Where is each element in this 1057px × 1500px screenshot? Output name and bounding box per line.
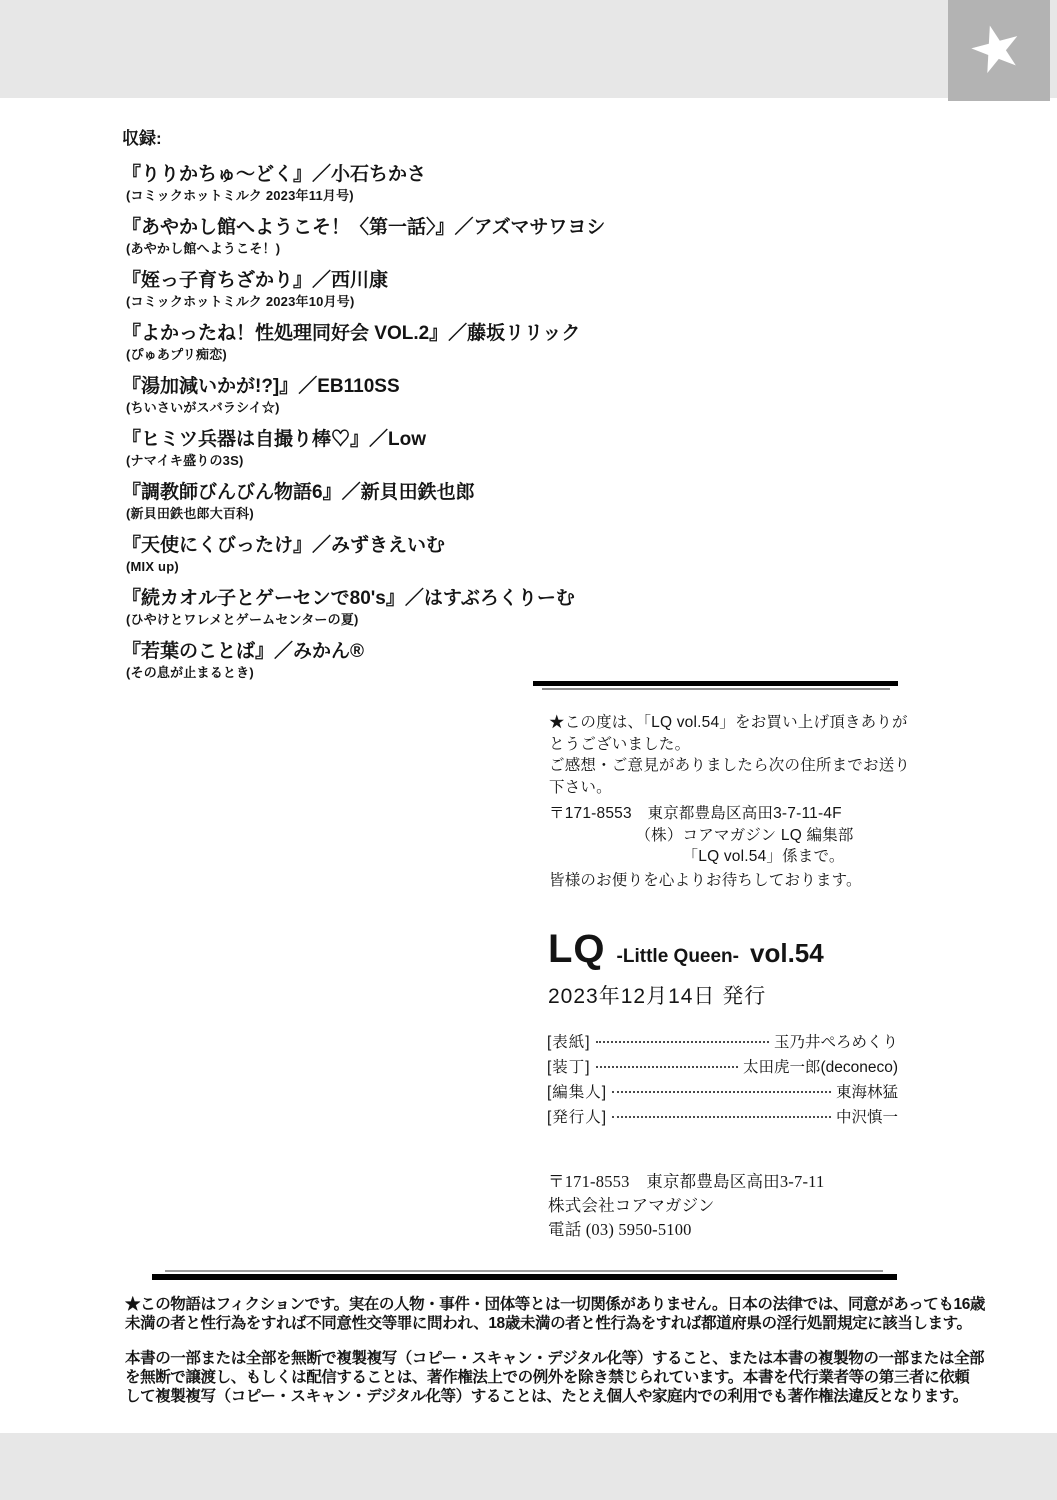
title-volume: vol.54 xyxy=(750,938,824,969)
credit-label: [編集人] xyxy=(547,1080,607,1105)
colophon-page: ★ 収録: 『りりかちゅ～どく』／小石ちかさ (コミックホットミルク 2023年… xyxy=(0,0,1057,1500)
toc-entry: 『あやかし館へようこそ！〈第一話〉』／アズマサワヨシ (あやかし館へようこそ！) xyxy=(122,215,605,258)
credit-row: [表紙] 玉乃井ぺろめくり xyxy=(547,1030,898,1055)
top-margin-band: ★ xyxy=(0,0,1057,98)
entry-title: 『調教師びんびん物語6』／新貝田鉄也郎 xyxy=(122,480,605,505)
entry-title: 『よかったね！性処理同好会 VOL.2』／藤坂リリック xyxy=(122,321,605,346)
toc-entry: 『姪っ子育ちざかり』／西川康 (コミックホットミルク 2023年10月号) xyxy=(122,268,605,311)
dot-leader xyxy=(596,1066,738,1068)
title-subtitle: -Little Queen- xyxy=(617,946,739,968)
toc-entry: 『若葉のことば』／みかん® (その息が止まるとき) xyxy=(122,639,605,682)
entry-source: (MIX up) xyxy=(126,558,605,576)
rule-thick-line xyxy=(152,1274,897,1280)
toc-entry: 『ヒミツ兵器は自撮り棒♡』／Low (ナマイキ盛りの3S) xyxy=(122,427,605,470)
credit-label: [表紙] xyxy=(547,1030,591,1055)
credit-row: [装丁] 太田虎一郎(deconeco) xyxy=(547,1055,898,1080)
credits-list: [表紙] 玉乃井ぺろめくり [装丁] 太田虎一郎(deconeco) [編集人]… xyxy=(547,1030,898,1130)
entry-source: (コミックホットミルク 2023年10月号) xyxy=(126,293,605,311)
toc-entry: 『続カオル子とゲーセンで80's』／はすぶろくりーむ (ひやけとワレメとゲームセ… xyxy=(122,586,605,629)
entry-source: (ナマイキ盛りの3S) xyxy=(126,452,605,470)
entry-source: (ちいさいがスバラシイ☆) xyxy=(126,399,605,417)
fiction-disclaimer: ★この物語はフィクションです。実在の人物・事件・団体等とは一切関係がありません。… xyxy=(125,1295,985,1333)
credit-name: 中沢慎一 xyxy=(836,1105,898,1130)
toc-entry: 『よかったね！性処理同好会 VOL.2』／藤坂リリック (ぴゅあプリ痴恋) xyxy=(122,321,605,364)
entry-source: (ひやけとワレメとゲームセンターの夏) xyxy=(126,611,605,629)
entry-source: (その息が止まるとき) xyxy=(126,664,605,682)
toc-list: 『りりかちゅ～どく』／小石ちかさ (コミックホットミルク 2023年11月号) … xyxy=(122,162,605,682)
dot-leader xyxy=(596,1041,769,1043)
toc-entry: 『調教師びんびん物語6』／新貝田鉄也郎 (新貝田鉄也郎大百科) xyxy=(122,480,605,523)
credit-label: [装丁] xyxy=(547,1055,591,1080)
divider-rule-top xyxy=(533,681,898,690)
rule-thick-line xyxy=(533,681,898,686)
credit-label: [発行人] xyxy=(547,1105,607,1130)
dot-leader xyxy=(612,1091,831,1093)
publisher-address: 〒171-8553 東京都豊島区高田3-7-11 株式会社コアマガジン 電話 (… xyxy=(548,1170,898,1242)
credit-name: 玉乃井ぺろめくり xyxy=(774,1030,898,1055)
credit-row: [編集人] 東海林猛 xyxy=(547,1080,898,1105)
entry-title: 『姪っ子育ちざかり』／西川康 xyxy=(122,268,605,293)
entry-title: 『湯加減いかが!?]』／EB110SS xyxy=(122,374,605,399)
credit-name: 太田虎一郎(deconeco) xyxy=(743,1055,898,1080)
toc-entry: 『天使にくびったけ』／みずきえいむ (MIX up) xyxy=(122,533,605,576)
entry-source: (ぴゅあプリ痴恋) xyxy=(126,346,605,364)
entry-title: 『あやかし館へようこそ！〈第一話〉』／アズマサワヨシ xyxy=(122,215,605,240)
star-icon: ★ xyxy=(962,12,1032,86)
colophon-column: ★この度は、「LQ vol.54」をお買い上げ頂きありが とうございました。 ご… xyxy=(533,681,898,1242)
divider-rule-bottom xyxy=(152,1270,897,1280)
star-badge: ★ xyxy=(948,0,1050,101)
rule-thin-line xyxy=(542,688,890,690)
dot-leader xyxy=(612,1116,831,1118)
feedback-note: ★この度は、「LQ vol.54」をお買い上げ頂きありが とうございました。 ご… xyxy=(549,712,898,798)
toc-entry: 『湯加減いかが!?]』／EB110SS (ちいさいがスバラシイ☆) xyxy=(122,374,605,417)
copyright-disclaimer: 本書の一部または全部を無断で複製複写（コピー・スキャン・デジタル化等）すること、… xyxy=(125,1349,984,1406)
toc-entry: 『りりかちゅ～どく』／小石ちかさ (コミックホットミルク 2023年11月号) xyxy=(122,162,605,205)
title-lq: LQ xyxy=(548,927,606,972)
entry-title: 『若葉のことば』／みかん® xyxy=(122,639,605,664)
publication-title: LQ -Little Queen- vol.54 xyxy=(548,927,898,972)
entry-source: (コミックホットミルク 2023年11月号) xyxy=(126,187,605,205)
table-of-contents: 収録: 『りりかちゅ～どく』／小石ちかさ (コミックホットミルク 2023年11… xyxy=(122,128,605,692)
entry-title: 『りりかちゅ～どく』／小石ちかさ xyxy=(122,162,605,187)
issue-date: 2023年12月14日 発行 xyxy=(548,980,898,1010)
credit-row: [発行人] 中沢慎一 xyxy=(547,1105,898,1130)
feedback-address: 〒171-8553 東京都豊島区高田3-7-11-4F （株）コアマガジン LQ… xyxy=(549,803,898,868)
entry-title: 『続カオル子とゲーセンで80's』／はすぶろくりーむ xyxy=(122,586,605,611)
feedback-closing: 皆様のお便りを心よりお待ちしております。 xyxy=(549,870,898,892)
entry-title: 『天使にくびったけ』／みずきえいむ xyxy=(122,533,605,558)
entry-source: (新貝田鉄也郎大百科) xyxy=(126,505,605,523)
bottom-margin-band xyxy=(0,1433,1057,1500)
rule-thin-line xyxy=(165,1270,883,1272)
entry-source: (あやかし館へようこそ！) xyxy=(126,240,605,258)
entry-title: 『ヒミツ兵器は自撮り棒♡』／Low xyxy=(122,427,605,452)
credit-name: 東海林猛 xyxy=(836,1080,898,1105)
toc-heading: 収録: xyxy=(122,128,605,150)
